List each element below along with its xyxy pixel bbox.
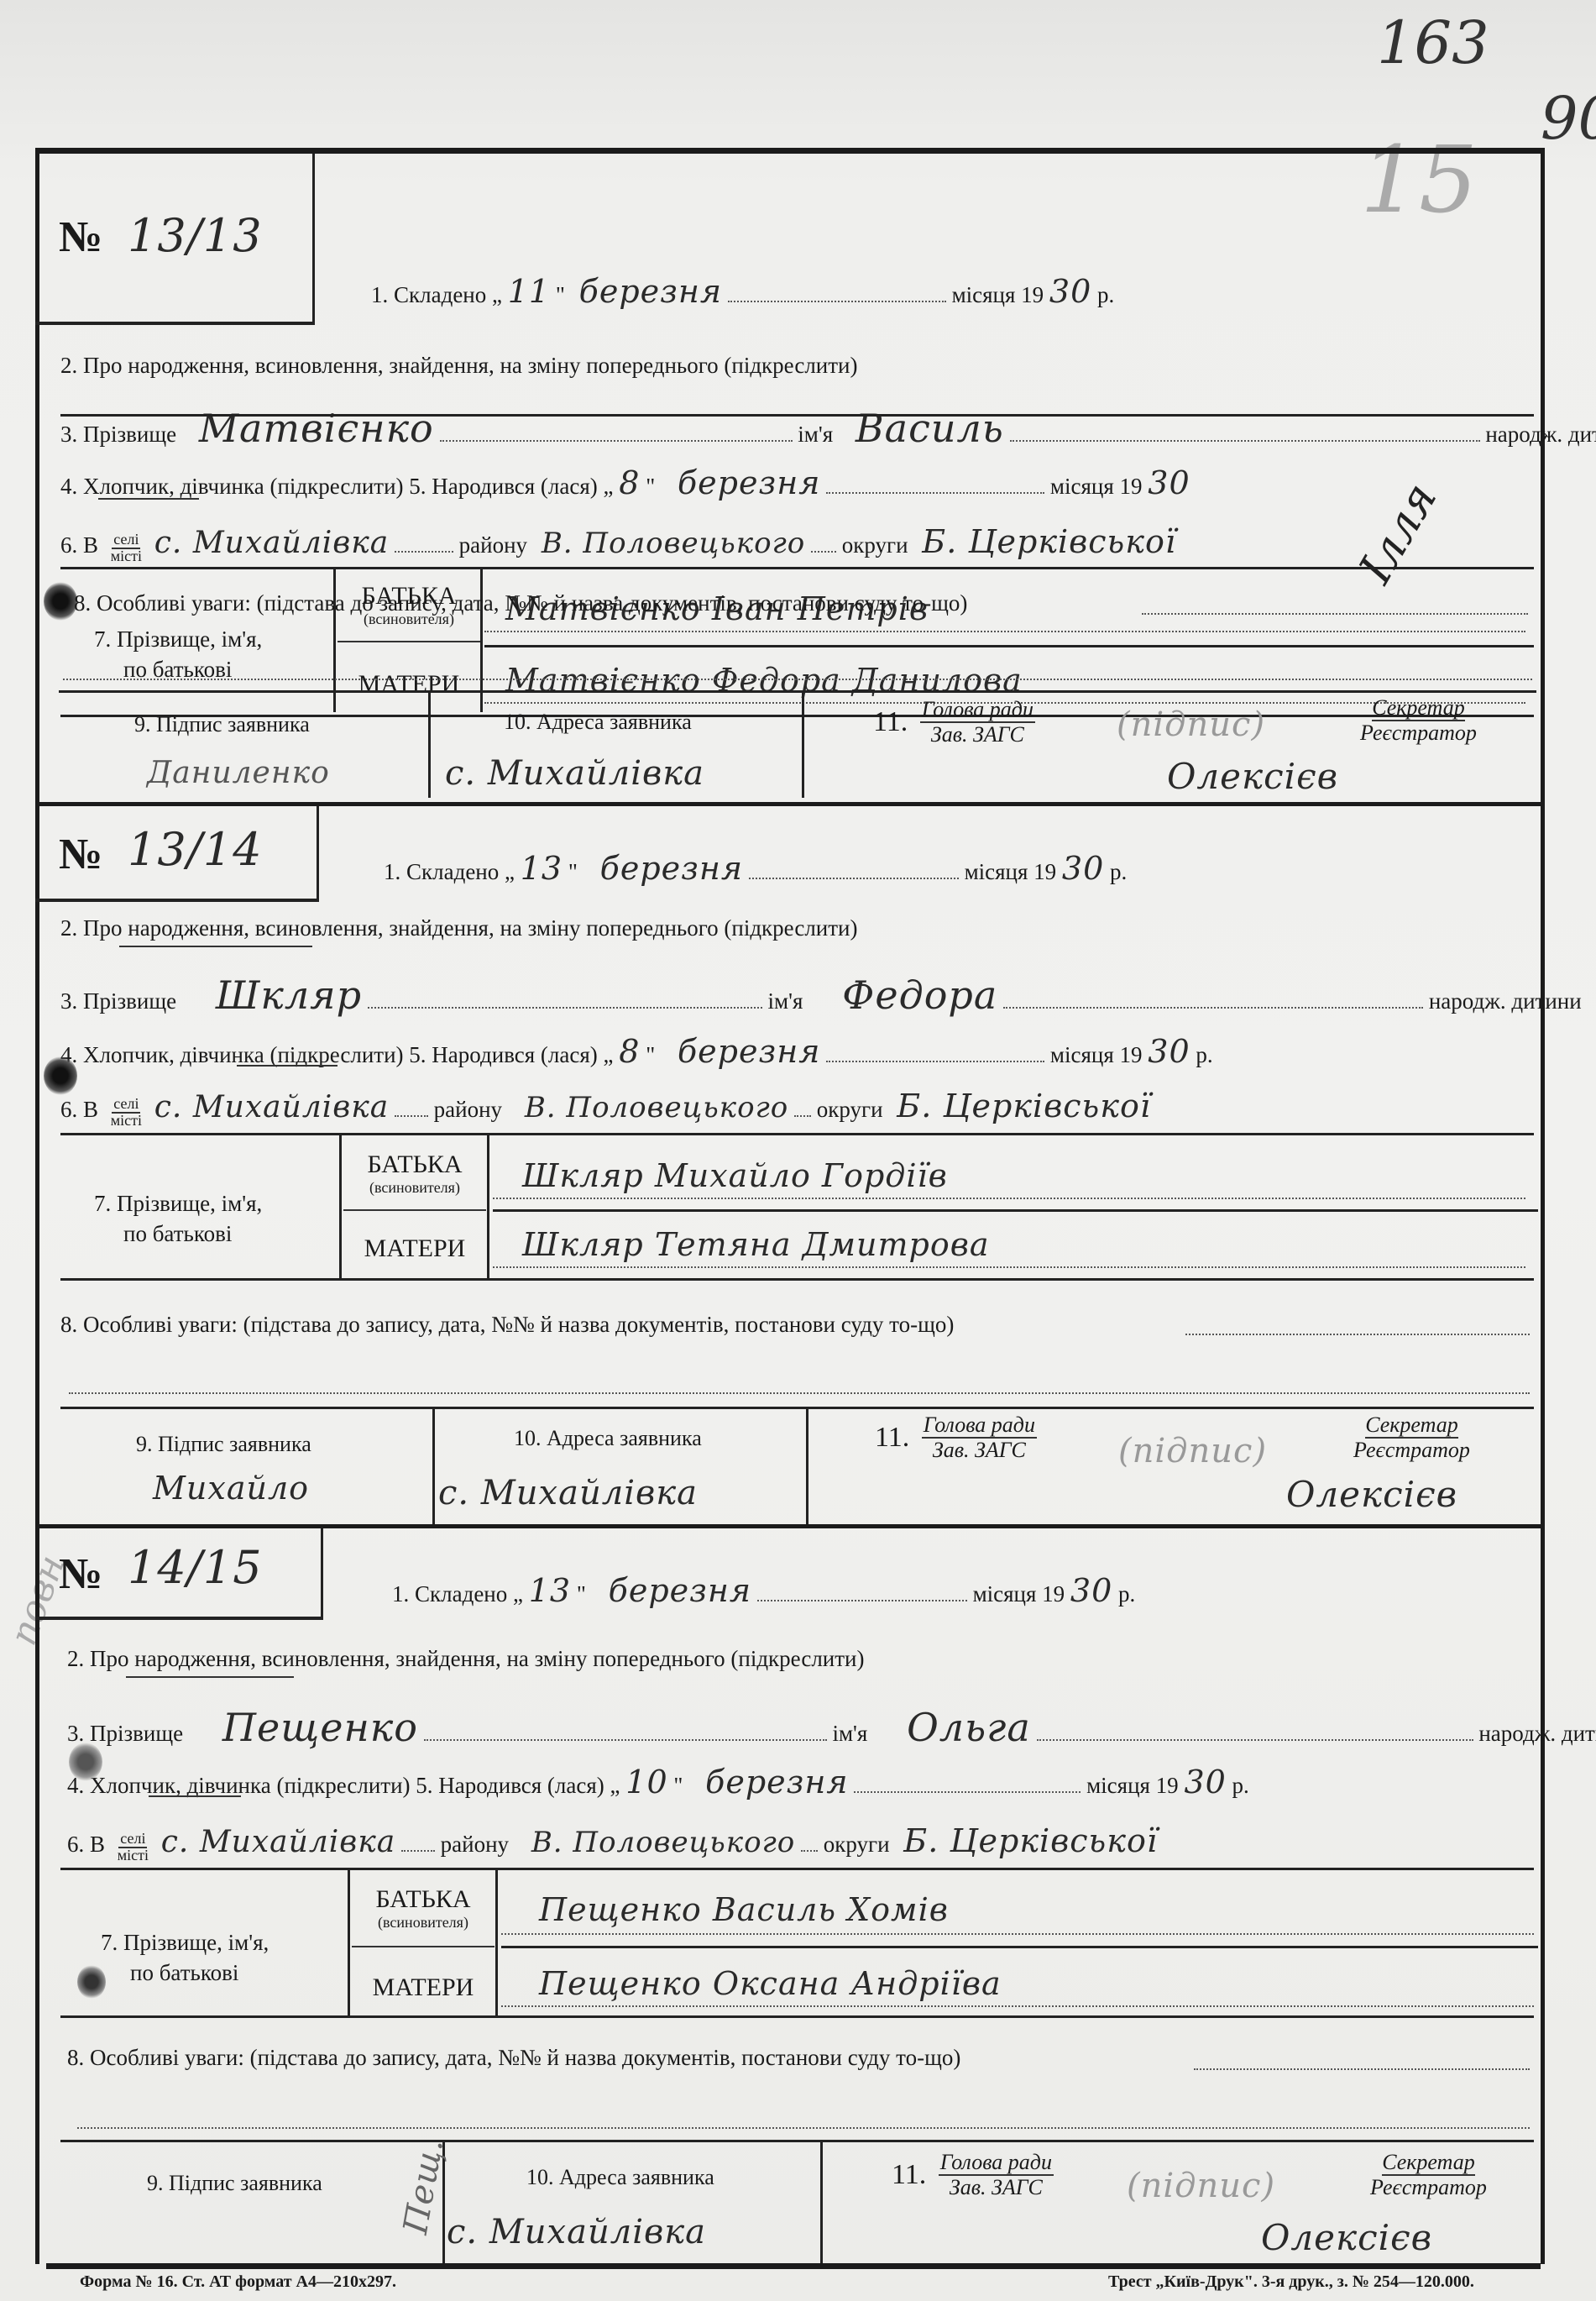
child-surname: Шкляр — [216, 972, 362, 1018]
raion-name: В. Половецького — [542, 527, 805, 560]
divider — [60, 1407, 1534, 1409]
registrar-signature: Олексієв — [1286, 1474, 1457, 1515]
dotted-line — [395, 1114, 428, 1117]
compiled-month: березня — [600, 850, 743, 887]
record-1-registrar-label: СекретарРеєстратор — [1360, 695, 1477, 746]
month-label: місяця 19 — [952, 282, 1044, 307]
mother-label: МАТЕРИ — [343, 1234, 486, 1263]
divider — [493, 1209, 1538, 1212]
father-full-name: Пещенко Василь Хомів — [539, 1891, 949, 1928]
registrar-label: СекретарРеєстратор — [1370, 2150, 1487, 2200]
notes-dots — [1194, 2068, 1530, 2070]
divider — [60, 2015, 1534, 2018]
applicant-signature-label: 9. Підпис заявника — [147, 2171, 322, 2196]
registrar-signature: Олексієв — [1261, 2217, 1432, 2258]
divider — [820, 2141, 823, 2267]
record-1-head-label: 11. Голова радиЗав. ЗАГС — [873, 697, 1042, 747]
compiled-year: 30 — [1049, 273, 1091, 310]
quote-mark: " — [646, 474, 655, 499]
child-first-name: Ольга — [907, 1705, 1031, 1750]
mother-label: МАТЕРИ — [352, 1973, 494, 2002]
raion-name: В. Половецького — [525, 1091, 788, 1124]
compiled-day: 13 — [521, 850, 563, 887]
dotted-line — [801, 1849, 818, 1852]
dotted-line — [757, 1599, 967, 1601]
record-number: 13/14 — [128, 823, 263, 876]
child-suffix-label: народж. дитини — [1485, 422, 1596, 447]
event-type-row: 2. Про народження, всиновлення, знайденн… — [60, 915, 857, 941]
number-sign: № — [59, 1549, 102, 1599]
birth-day: 8 — [619, 1033, 640, 1070]
dotted-line — [493, 1198, 1525, 1199]
divider — [501, 1946, 1538, 1948]
record-3: № 14/15 1. Складено „ 13 " березня місяц… — [35, 1524, 1541, 2267]
month-label: місяця 19 — [1050, 474, 1143, 499]
record-number-box: № 13/14 — [35, 806, 319, 902]
divider — [339, 1135, 342, 1278]
okruha-name: Б. Церківської — [897, 1088, 1151, 1124]
dotted-line — [501, 1933, 1534, 1935]
paper-damage — [44, 582, 77, 621]
compiled-day: 13 — [529, 1572, 571, 1609]
notes-dots — [1185, 1334, 1530, 1335]
birth-year: 30 — [1184, 1764, 1226, 1800]
parents-label: 7. Прізвище, ім'я,по батькові — [94, 1188, 312, 1249]
mother-full-name: Матвієнко Федора Данилова — [505, 662, 1023, 699]
sex-underline — [237, 1065, 338, 1067]
record-1-sig-vrule-1 — [428, 693, 431, 798]
dotted-line — [501, 2005, 1534, 2007]
event-type-row: 2. Про народження, всиновлення, знайденн… — [60, 353, 857, 379]
divider — [60, 2140, 1534, 2142]
compiled-month: березня — [609, 1572, 751, 1609]
birth-year: 30 — [1148, 1033, 1190, 1070]
birth-month: березня — [678, 1033, 820, 1070]
paper-damage — [77, 1965, 106, 1999]
record-1-applicant-address-label: 10. Адреса заявника — [504, 710, 692, 735]
dotted-line — [1003, 1006, 1423, 1009]
village-city-fraction: селімісті — [111, 531, 142, 564]
dotted-line — [493, 1266, 1525, 1268]
parents-label: 7. Прізвище, ім'я,по батькові — [94, 624, 312, 684]
mother-label: МАТЕРИ — [338, 670, 480, 699]
compiled-year: 30 — [1070, 1572, 1112, 1609]
father-label: БАТЬКА(всиновителя) — [352, 1885, 494, 1931]
dotted-line — [395, 550, 453, 553]
record-number: 13/13 — [128, 209, 263, 262]
dotted-line — [854, 1790, 1081, 1793]
compiled-year: 30 — [1062, 850, 1104, 887]
notes-label: 8. Особливі уваги: (підстава до запису, … — [67, 2045, 960, 2071]
printer-imprint: Трест „Київ-Друк". 3-я друк., з. № 254—1… — [1108, 2272, 1474, 2292]
sex-birthdate-row: 4. Хлопчик, дівчинка (підкреслити) 5. На… — [60, 464, 1190, 501]
divider — [495, 1870, 498, 2017]
applicant-signature: Михайло — [153, 1470, 309, 1507]
record-1-notes-label: 8. Особливі уваги: (підстава до запису, … — [74, 590, 967, 616]
record-number-box: № 13/13 — [35, 154, 315, 325]
applicant-address: с. Михайлівка — [447, 2213, 706, 2251]
compiled-date-row: 1. Складено „ 13 " березня місяця 19 30 … — [384, 850, 1127, 887]
birth-month: березня — [705, 1764, 848, 1800]
year-suffix: р. — [1097, 282, 1114, 307]
event-underline — [126, 1676, 294, 1678]
divider — [60, 1133, 1534, 1135]
record-1-sig-vrule-2 — [802, 693, 804, 798]
dotted-line — [749, 877, 959, 879]
dotted-line — [826, 1060, 1044, 1062]
record-1-notes-dots-2 — [63, 679, 1532, 680]
raion-name: В. Половецького — [531, 1826, 795, 1859]
compiled-label: 1. Складено „ — [371, 282, 502, 307]
father-full-name: Шкляр Михайло Гордіїв — [522, 1157, 948, 1194]
birth-year: 30 — [1148, 464, 1190, 501]
birth-month: березня — [678, 464, 820, 501]
dotted-line — [424, 1738, 827, 1741]
record-1-notes-dots — [1142, 613, 1528, 615]
registrar-label: СекретарРеєстратор — [1353, 1413, 1470, 1463]
dotted-line — [1037, 1738, 1473, 1741]
surname-label: 3. Прізвище — [60, 422, 176, 447]
event-underline — [119, 946, 312, 947]
applicant-address-label: 10. Адреса заявника — [514, 1426, 702, 1451]
sex-birth-label: 4. Хлопчик, дівчинка (підкреслити) 5. На… — [60, 474, 614, 499]
side-number: 90 — [1541, 84, 1596, 153]
okruha-label: округи — [842, 532, 908, 558]
place-row: 6. В селімісті с. Михайлівка району В. П… — [67, 1822, 1158, 1863]
divider — [60, 1868, 1534, 1870]
birth-day: 10 — [625, 1764, 667, 1800]
raion-label: району — [459, 532, 527, 558]
birth-day: 8 — [619, 464, 640, 501]
document-sheet: 163 90 15 повн № 13/13 1. Складено „ 11 … — [0, 0, 1596, 2301]
village-name: с. Михайлівка — [161, 1825, 395, 1859]
divider — [348, 1870, 350, 2017]
mother-full-name: Шкляр Тетяна Дмитрова — [522, 1226, 990, 1263]
divider — [487, 1135, 489, 1278]
child-surname: Пещенко — [222, 1705, 418, 1750]
okruha-name: Б. Церківської — [903, 1822, 1158, 1859]
divider — [60, 567, 1534, 569]
divider — [60, 414, 1534, 417]
dotted-line — [368, 1006, 762, 1009]
divider — [343, 1209, 486, 1211]
dotted-line — [484, 631, 1525, 632]
side-mark: Ілля — [1348, 474, 1447, 591]
dotted-line — [826, 491, 1044, 494]
sex-underline — [149, 1795, 241, 1797]
dotted-line — [1010, 439, 1480, 442]
child-surname: Матвієнко — [199, 406, 434, 451]
father-label: БАТЬКА(всиновителя) — [343, 1150, 486, 1197]
record-number: 14/15 — [128, 1541, 263, 1594]
head-signature: (підпис) — [1118, 1432, 1267, 1470]
sex-birthdate-row: 4. Хлопчик, дівчинка (підкреслити) 5. На… — [67, 1764, 1249, 1800]
record-1-registrar-signature: Олексієв — [1167, 756, 1338, 797]
okruha-name: Б. Церківської — [922, 523, 1176, 560]
record-1-divider — [59, 690, 1536, 693]
dotted-line — [440, 439, 793, 442]
village-name: с. Михайлівка — [154, 1090, 389, 1124]
divider — [432, 1409, 435, 1527]
form-code: Форма № 16. Ст. АТ формат А4—210x297. — [80, 2272, 396, 2292]
divider — [338, 641, 480, 642]
record-1-head-signature: (підпис) — [1117, 705, 1265, 744]
record-number-box: № 14/15 — [35, 1528, 323, 1620]
record-1-applicant-address: с. Михайлівка — [445, 754, 704, 793]
notes-label: 8. Особливі уваги: (підстава до запису, … — [60, 1312, 954, 1338]
record-1-applicant-signature-label: 9. Підпис заявника — [134, 712, 310, 737]
bottom-border — [46, 2263, 1541, 2269]
event-type-row: 2. Про народження, всиновлення, знайденн… — [67, 1646, 864, 1672]
place-row: 6. В селімісті с. Михайлівка району В. П… — [60, 1088, 1151, 1129]
applicant-address: с. Михайлівка — [438, 1474, 698, 1512]
child-name-row: 3. Прізвище Матвієнко ім'я Василь народж… — [60, 406, 1596, 451]
child-name-row: 3. Прізвище Пещенко ім'я Ольга народж. д… — [67, 1705, 1596, 1750]
record-1: № 13/13 1. Складено „ 11 " березня місяц… — [35, 148, 1541, 809]
dotted-line — [811, 550, 836, 553]
number-sign: № — [59, 830, 102, 879]
notes-dots — [69, 1392, 1530, 1394]
paper-damage — [69, 1743, 102, 1781]
compiled-date-row: 1. Складено „ 13 " березня місяця 19 30 … — [392, 1572, 1135, 1609]
mother-full-name: Пещенко Оксана Андріїва — [539, 1965, 1002, 2002]
divider — [60, 1278, 1534, 1281]
child-first-name: Василь — [856, 406, 1004, 451]
place-row: 6. В селімісті с. Михайлівка району В. П… — [60, 523, 1176, 564]
record-2: № 13/14 1. Складено „ 13 " березня місяц… — [35, 802, 1541, 1528]
divider — [806, 1409, 808, 1527]
archive-page-number: 163 — [1377, 8, 1489, 77]
head-label: 11. Голова радиЗав. ЗАГС — [892, 2150, 1060, 2200]
sex-underline — [98, 498, 199, 500]
sex-birthdate-row: 4. Хлопчик, дівчинка (підкреслити) 5. На… — [60, 1033, 1213, 1070]
divider — [484, 645, 1534, 647]
dotted-line — [401, 1849, 435, 1852]
head-signature: (підпис) — [1127, 2167, 1275, 2205]
number-sign: № — [59, 212, 102, 262]
parents-label: 7. Прізвище, ім'я,по батькові — [101, 1927, 319, 1988]
village-name: с. Михайлівка — [154, 526, 389, 560]
applicant-signature-label: 9. Підпис заявника — [136, 1432, 311, 1457]
divider — [352, 1946, 494, 1947]
compiled-month: березня — [579, 273, 722, 310]
notes-dots — [77, 2127, 1530, 2129]
head-label: 11. Голова радиЗав. ЗАГС — [875, 1413, 1044, 1463]
compiled-day: 11 — [508, 273, 550, 310]
child-first-name: Федора — [842, 972, 997, 1018]
child-name-row: 3. Прізвище Шкляр ім'я Федора народж. ди… — [60, 972, 1582, 1018]
applicant-address-label: 10. Адреса заявника — [526, 2165, 714, 2190]
quote-mark: " — [556, 282, 565, 307]
dotted-line — [728, 300, 946, 302]
compiled-date-row: 1. Складено „ 11 " березня місяця 19 30 … — [371, 273, 1114, 310]
dotted-line — [794, 1114, 811, 1117]
place-label: 6. В — [60, 532, 98, 558]
first-name-label: ім'я — [798, 422, 833, 447]
record-1-applicant-signature: Даниленко — [147, 756, 330, 790]
